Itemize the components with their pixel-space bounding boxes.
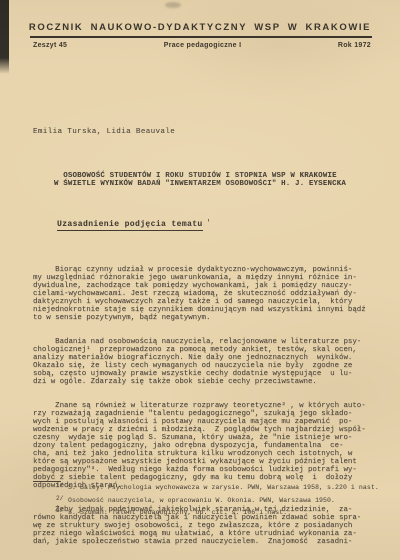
article-title: OSOBOWOŚĆ STUDENTÓW I ROKU STUDIÓW I STO… — [0, 172, 400, 189]
footnote-2-text: Osobowość nauczyciela, w opracowaniu W. … — [68, 497, 335, 504]
article-title-line2: W ŚWIETLE WYNIKÓW BADAŃ "INWENTARZEM OSO… — [0, 180, 400, 188]
footnote-3-text: S. Szuman: Talent pedagogiczny, op. cit.… — [68, 509, 287, 516]
paragraph-2: Badania nad osobowością nauczyciela, rel… — [33, 338, 383, 386]
series-label: Prace pedagogiczne I — [164, 42, 242, 49]
stray-mark: ' — [206, 219, 211, 228]
header-meta-row: Zeszyt 45 Prace pedagogiczne I Rok 1972 — [33, 42, 371, 49]
footnote-3-marker: 3/ — [56, 507, 64, 514]
authors: Emilia Turska, Lidia Beauvale — [33, 128, 175, 136]
footnote-1-text: S. Baley: Psychologia wychowawcza w zary… — [68, 484, 379, 491]
footnotes: 1/ S. Baley: Psychologia wychowawcza w z… — [56, 484, 391, 522]
scan-edge-artifact — [0, 0, 9, 74]
paragraph-1: Biorąc czynny udział w procesie dydaktyc… — [33, 266, 383, 322]
header-rule — [30, 36, 372, 38]
paragraph-3: Znane są również w literaturze rozprawy … — [33, 402, 383, 490]
issue-label: Zeszyt 45 — [33, 42, 67, 49]
footnote-2-marker: 2/ — [56, 495, 64, 502]
journal-title: ROCZNIK NAUKOWO-DYDAKTYCZNY WSP W KRAKOW… — [0, 22, 400, 33]
section-heading: Uzasadnienie podjęcia tematu — [57, 220, 203, 231]
footnote-2: 2/ Osobowość nauczyciela, w opracowaniu … — [56, 497, 391, 504]
footnote-3: 3/ S. Szuman: Talent pedagogiczny, op. c… — [56, 509, 391, 516]
scan-smudge — [165, 2, 181, 8]
year-label: Rok 1972 — [338, 42, 371, 49]
scanned-journal-page: ROCZNIK NAUKOWO-DYDAKTYCZNY WSP W KRAKOW… — [0, 0, 400, 560]
footnote-1: 1/ S. Baley: Psychologia wychowawcza w z… — [56, 484, 391, 491]
footnote-1-marker: 1/ — [56, 482, 64, 489]
